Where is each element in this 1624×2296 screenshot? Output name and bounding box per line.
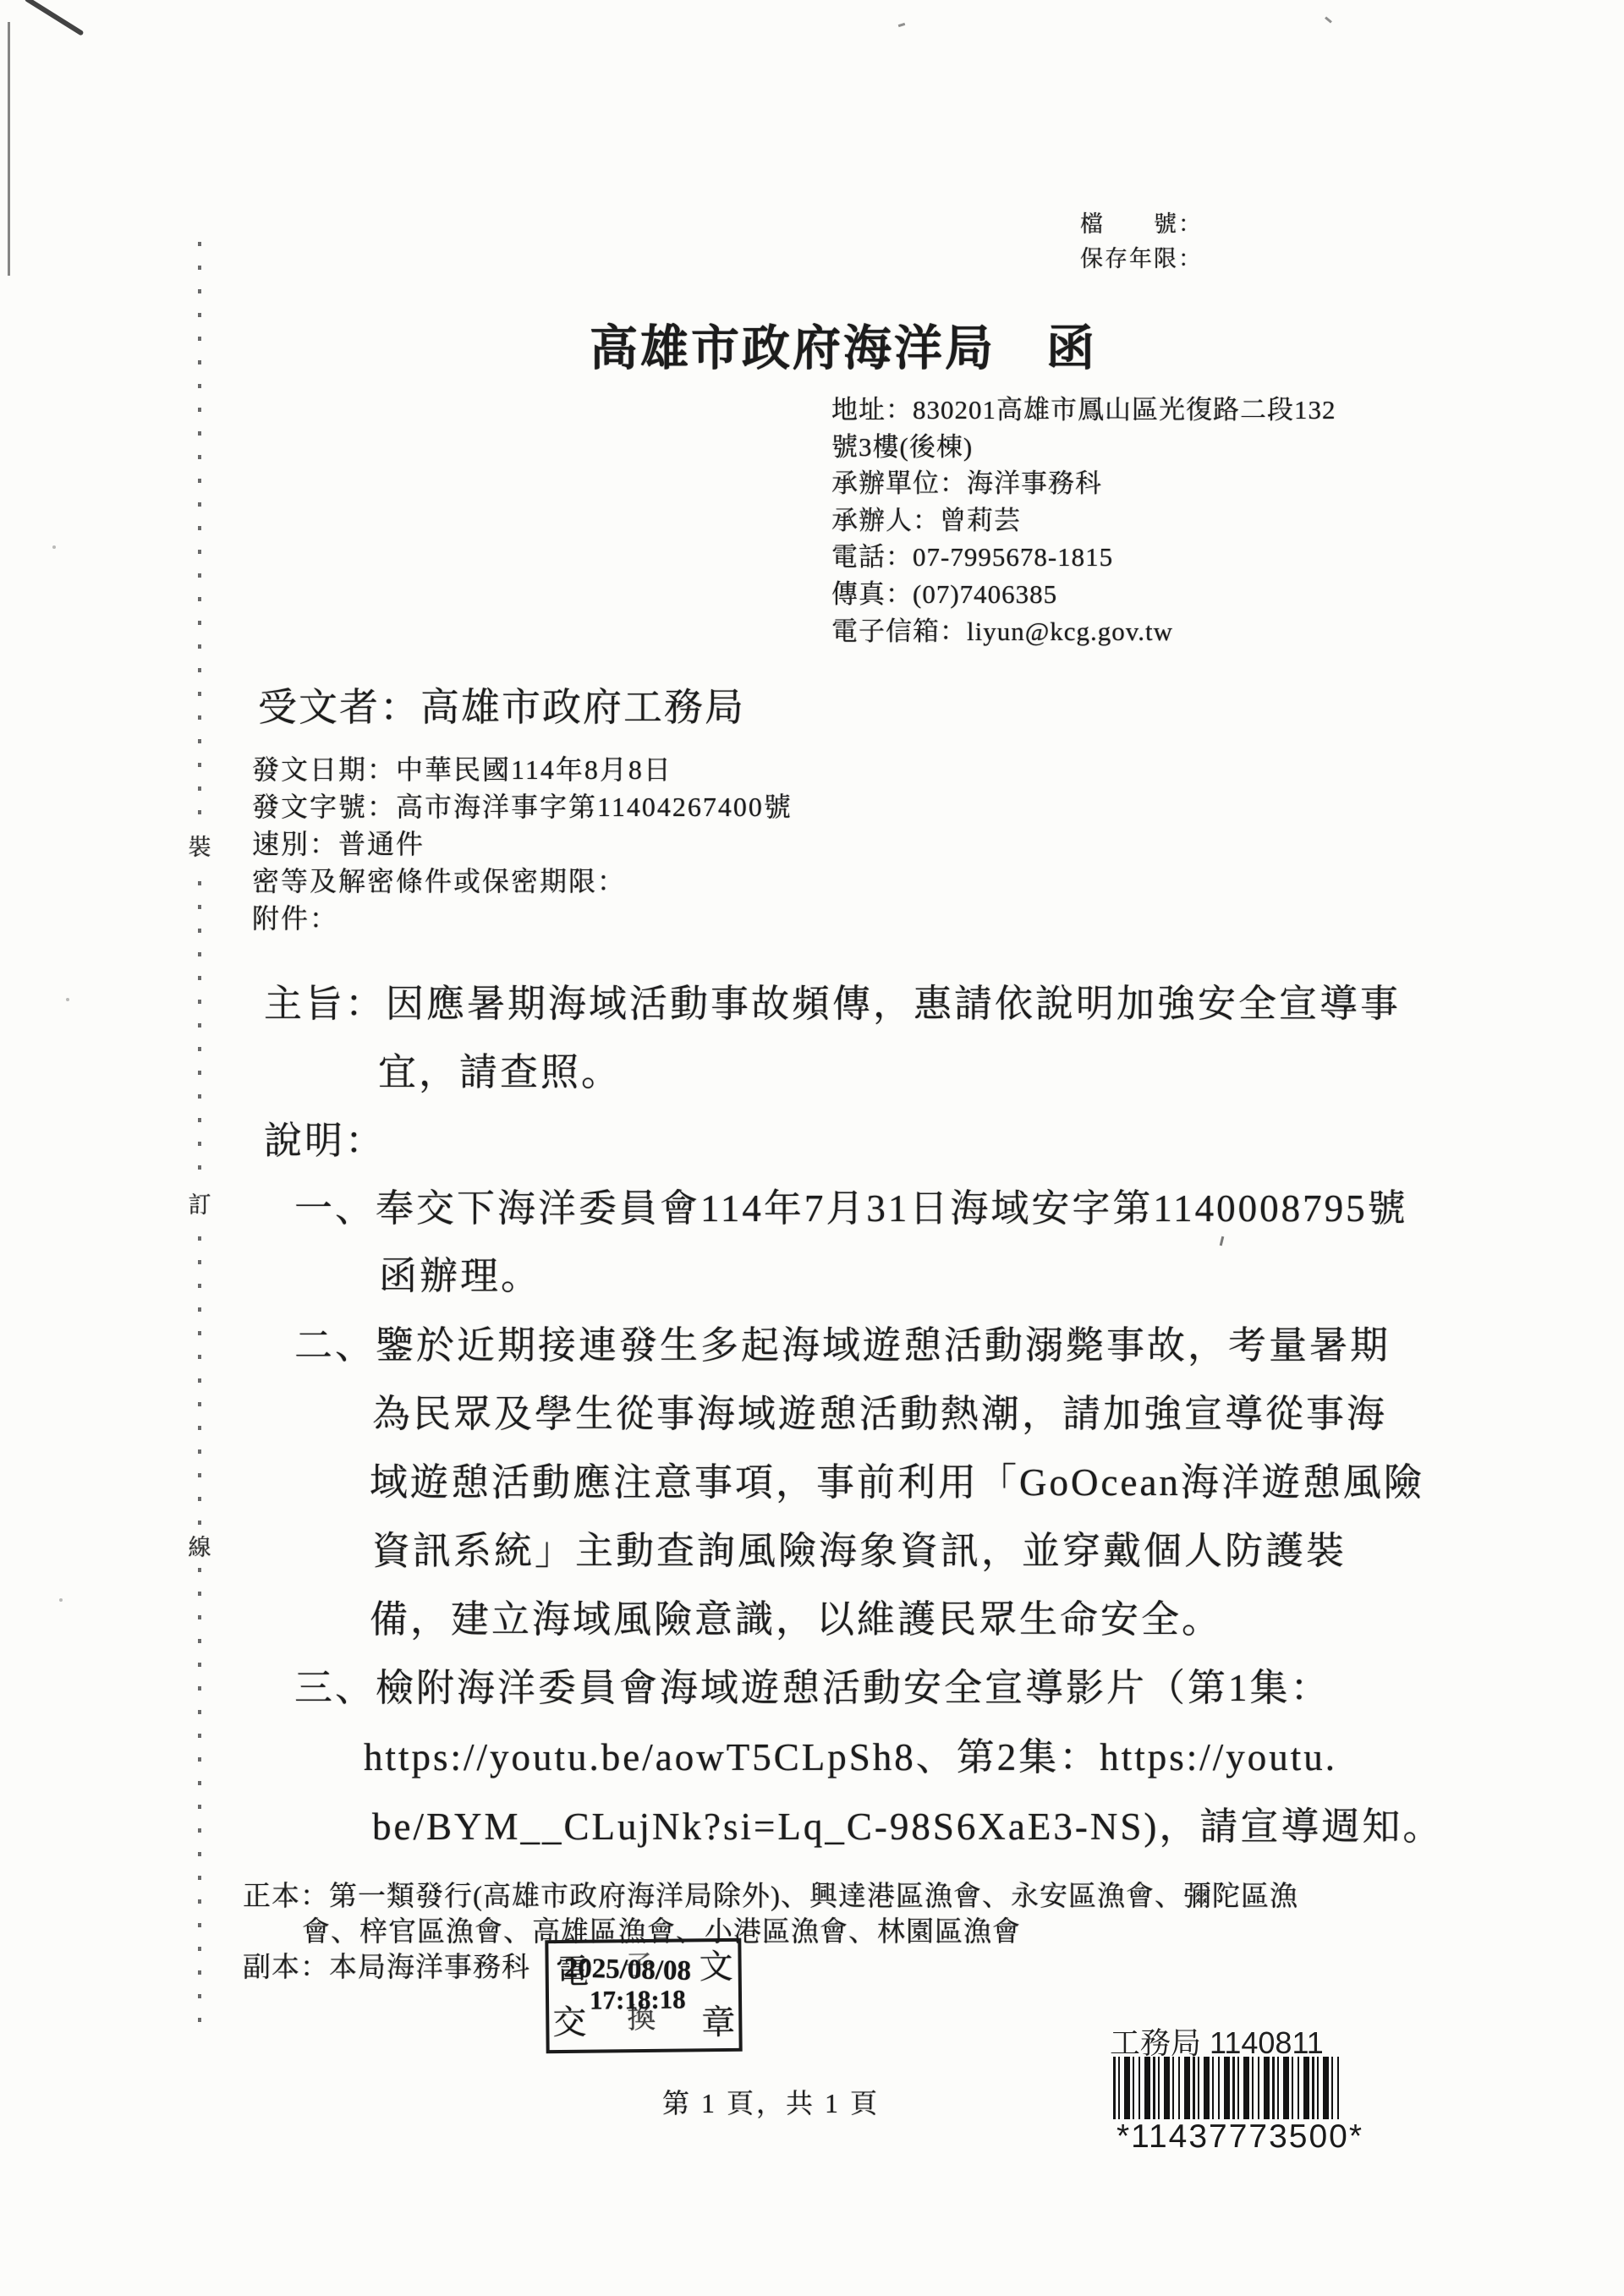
sender-address-line2: 號3樓(後棟) bbox=[831, 429, 1336, 466]
barcode-image bbox=[1113, 2057, 1340, 2119]
issue-date-line: 發文日期：中華民國114年8月8日 bbox=[252, 751, 793, 788]
item-1-line: 一、奉交下海洋委員會114年7月31日海域安字第1140008795號 bbox=[294, 1177, 1408, 1232]
retention-period-label: 保存年限： bbox=[1080, 240, 1203, 273]
document-meta-block: 發文日期：中華民國114年8月8日 發文字號：高市海洋事字第1140426740… bbox=[252, 751, 793, 937]
scan-edge-line bbox=[8, 22, 10, 276]
scan-speck bbox=[52, 545, 56, 549]
carbon-copy-line: 副本：本局海洋事務科 bbox=[243, 1945, 530, 1985]
security-class-line: 密等及解密條件或保密期限： bbox=[252, 863, 793, 900]
stamp-char: 交 bbox=[552, 1996, 587, 2044]
sender-address-line: 地址：830201高雄市鳳山區光復路二段132 bbox=[831, 392, 1336, 429]
stamp-date: 2025/08/08 bbox=[563, 1953, 691, 1987]
sender-phone-line: 電話：07-7995678-1815 bbox=[831, 539, 1336, 576]
recipient-line: 受文者：高雄市政府工務局 bbox=[258, 677, 745, 732]
explanation-label: 說明： bbox=[264, 1110, 386, 1164]
item-3-video-url-line2: be/BYM__CLujNk?si=Lq_C-98S6XaE3-NS)，請宣導週… bbox=[372, 1795, 1443, 1850]
stamp-char: 章 bbox=[701, 1996, 736, 2044]
sender-fax-line: 傳真：(07)7406385 bbox=[831, 576, 1336, 613]
sender-info-block: 地址：830201高雄市鳳山區光復路二段132 號3樓(後棟) 承辦單位：海洋事… bbox=[831, 392, 1336, 649]
item-3-video-url-line: https://youtu.be/aowT5CLpSh8、第2集：https:/… bbox=[364, 1726, 1337, 1781]
item-2-line-cont: 域遊憩活動應注意事項，事前利用「GoOcean海洋遊憩風險 bbox=[370, 1451, 1424, 1506]
file-number-label: 檔 號： bbox=[1080, 205, 1203, 238]
item-2-line: 二、鑒於近期接連發生多起海域遊憩活動溺斃事故，考量暑期 bbox=[294, 1314, 1391, 1369]
barcode-number: *11437773500* bbox=[1116, 2118, 1363, 2156]
original-copy-line: 正本：第一類發行(高雄市政府海洋局除外)、興達港區漁會、永安區漁會、彌陀區漁 bbox=[243, 1874, 1298, 1914]
item-1-line-cont: 函辦理。 bbox=[379, 1245, 541, 1300]
sender-unit-line: 承辦單位：海洋事務科 bbox=[831, 465, 1336, 502]
electronic-exchange-stamp: 電 文 交 章 子 換 2025/08/08 17:18:18 bbox=[545, 1938, 742, 2053]
scan-speck bbox=[898, 23, 906, 27]
scan-speck bbox=[1220, 1236, 1225, 1246]
document-title: 高雄市政府海洋局 函 bbox=[590, 310, 1097, 379]
item-2-line-cont: 為民眾及學生從事海域遊憩活動熱潮，請加強宣導從事海 bbox=[372, 1383, 1387, 1438]
speed-class-line: 速別：普通件 bbox=[252, 825, 793, 863]
binding-mark-zhuang: 裝 bbox=[185, 825, 214, 866]
item-2-line-cont: 備，建立海域風險意識，以維護民眾生命安全。 bbox=[370, 1588, 1222, 1643]
scan-speck bbox=[59, 1598, 63, 1602]
subject-line: 主旨：因應暑期海域活動事故頻傳，惠請依說明加強安全宣導事 bbox=[264, 973, 1401, 1027]
sender-email-line: 電子信箱：liyun@kcg.gov.tw bbox=[831, 613, 1336, 650]
scan-corner-mark bbox=[24, 0, 84, 36]
item-2-line-cont: 資訊系統」主動查詢風險海象資訊，並穿戴個人防護裝 bbox=[372, 1520, 1347, 1575]
stamp-char: 文 bbox=[699, 1940, 733, 1988]
binding-dotted-line bbox=[198, 242, 201, 2022]
binding-mark-xian: 線 bbox=[185, 1525, 214, 1566]
scan-speck bbox=[66, 998, 69, 1001]
scan-speck bbox=[1325, 16, 1332, 23]
item-3-line: 三、檢附海洋委員會海域遊憩活動安全宣導影片（第1集： bbox=[294, 1657, 1331, 1712]
binding-mark-ding: 訂 bbox=[185, 1182, 214, 1224]
doc-number-line: 發文字號：高市海洋事字第11404267400號 bbox=[252, 788, 793, 825]
stamp-time: 17:18:18 bbox=[590, 1984, 686, 2015]
attachment-line: 附件： bbox=[252, 900, 793, 937]
sender-contact-person-line: 承辦人：曾莉芸 bbox=[831, 502, 1336, 540]
page-number-footer: 第 1 頁，共 1 頁 bbox=[662, 2082, 880, 2121]
scanned-official-letter: 裝 訂 線 檔 號： 保存年限： 高雄市政府海洋局 函 地址：830201高雄市… bbox=[0, 0, 1624, 2296]
subject-line-cont: 宜，請查照。 bbox=[378, 1041, 622, 1096]
